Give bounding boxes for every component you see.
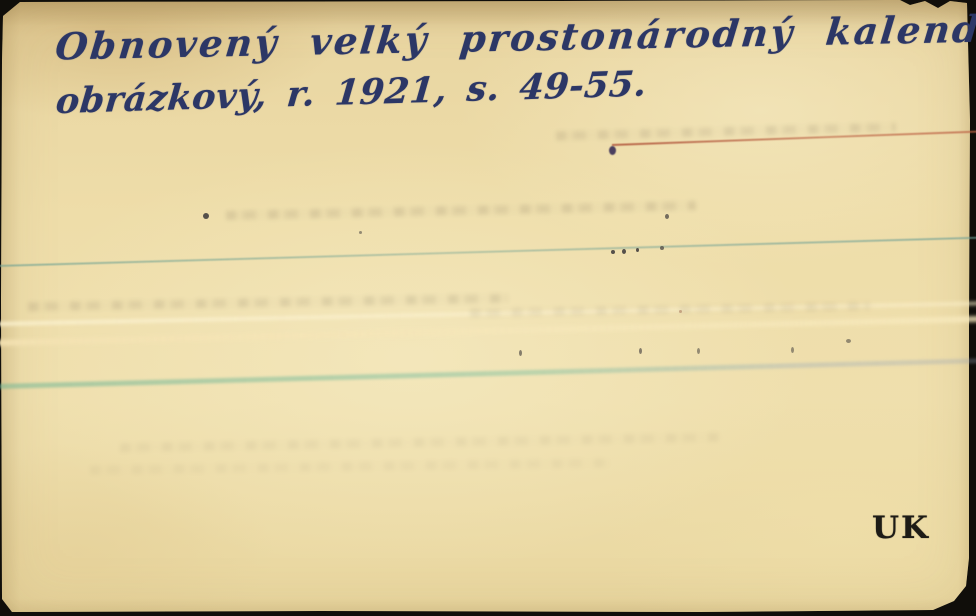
handwritten-note: Obnovený velký prostonárodný kalendář ob… (55, 8, 937, 118)
uk-library-stamp: UK (872, 510, 930, 546)
scanned-card: Obnovený velký prostonárodný kalendář ob… (0, 0, 976, 616)
